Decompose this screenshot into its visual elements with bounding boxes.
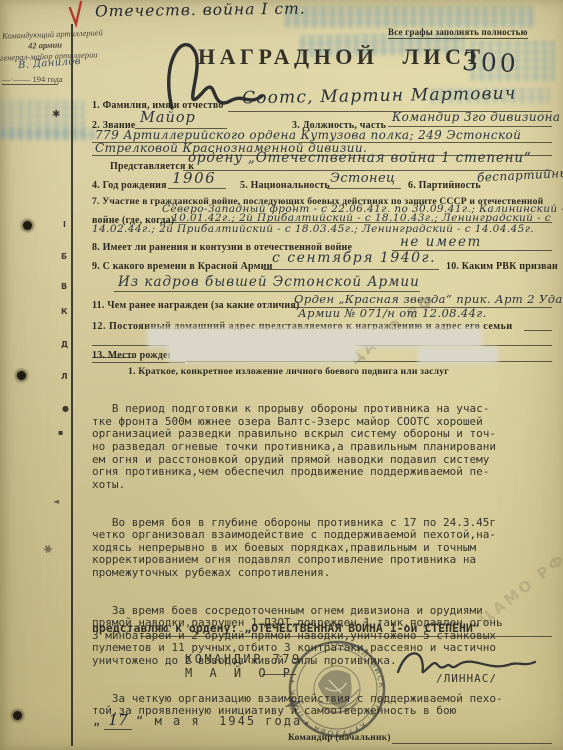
conclusion-line: представляю к ордену: „ОТЕЧЕСТВЕННАЯ ВОЙ… <box>92 621 480 635</box>
margin-mark: К <box>61 307 68 316</box>
field-label-army-since: 9. С какого времени в Красной Армии <box>92 261 273 272</box>
date-day-handwritten: 17 <box>104 711 132 730</box>
redaction-patch <box>170 344 355 360</box>
redaction-patch <box>420 349 496 361</box>
commander-ink-signature <box>392 644 542 684</box>
field-label-prior-awards: 11. Чем ранее награжден (за какие отличи… <box>92 300 299 311</box>
margin-mark: В <box>61 282 67 291</box>
left-margin-rule <box>71 24 73 746</box>
field-value-nationality: Эстонец <box>330 171 396 186</box>
punch-hole <box>23 221 32 230</box>
field-value-prior-awards-1: Орден „Красная звезда“ прик. Арт 2 Удар. <box>294 292 563 306</box>
field-value-wounds: не имеет <box>400 234 482 250</box>
corner-stamp-line: —·—— 194 года <box>2 74 63 84</box>
date-open-quote: „ <box>93 714 100 728</box>
feat-paragraph: В период подготовки к прорыву обороны пр… <box>92 403 503 491</box>
margin-mark: І <box>63 220 66 229</box>
bottom-commander-label: Командир (начальник) <box>288 733 391 743</box>
redaction-patch <box>150 330 480 345</box>
field-value-army-since: с сентября 1940г. <box>272 250 436 266</box>
field-value-name: Соотс, Мартин Мартович <box>242 84 517 109</box>
field-underline <box>168 188 226 189</box>
ink-blot: ✱ <box>52 109 60 120</box>
red-checkmark-icon <box>66 0 92 30</box>
feat-paragraph: Во время боя в глубине обороны противник… <box>92 517 503 580</box>
field-label-rvk: 10. Каким РВК призван <box>446 261 558 272</box>
field-value-presented: ордену „Отечественная война 1 степени“ <box>188 150 532 166</box>
ink-blot: ◄ <box>53 497 59 506</box>
faint-handwriting <box>0 128 95 141</box>
bottom-underline <box>392 743 552 744</box>
date-rest: “ м а я 1945 года. <box>136 714 311 728</box>
award-sheet-page: ЦАМО РФ ЦАМО РФ І Б В К Д Л ✱ ▪ ◄ ✱ ● От… <box>0 0 563 750</box>
feat-section-heading: 1. Краткое, конкретное изложение личного… <box>128 366 449 377</box>
field-value-position-2: 779 Артиллерийского ордена Кутузова полк… <box>95 128 521 142</box>
field-value-birth-year: 1906 <box>172 169 216 187</box>
form-title: НАГРАДНОЙ ЛИСТ <box>198 44 485 70</box>
field-label-nationality: 5. Национальность <box>240 180 330 191</box>
field-underline <box>388 126 552 127</box>
fill-all-fields-instruction: Все графы заполнять полностью <box>388 27 528 39</box>
field-value-position-1: Командир 3го дивизиона <box>392 110 561 124</box>
top-resolution-note: Отечеств. война I ст. <box>95 0 306 20</box>
field-underline <box>186 361 552 362</box>
ink-blot: ● <box>62 404 69 413</box>
corner-stamp-underline <box>2 84 58 85</box>
corner-stamp-line: 42 армии <box>28 39 62 50</box>
field-label-birth-year: 4. Год рождения <box>92 180 167 191</box>
margin-mark: Л <box>61 372 68 381</box>
ink-blot: ▪ <box>58 428 63 437</box>
field-value-rank: Майор <box>140 110 196 126</box>
punch-hole <box>17 371 26 380</box>
field-value-army-source: Из кадров бывшей Эстонской Армии <box>118 274 420 290</box>
punch-hole <box>13 711 22 720</box>
field-value-prior-awards-2: Армии № 071/н от 12.08.44г. <box>298 306 487 320</box>
faint-stamp <box>285 6 535 28</box>
margin-mark: Д <box>61 340 68 349</box>
field-value-party: беспартийный <box>477 165 563 184</box>
ink-blot: ✱ <box>41 542 55 558</box>
field-label-party: 6. Партийность <box>408 180 481 191</box>
form-number: 300 <box>462 47 520 78</box>
field-underline <box>327 188 401 189</box>
field-underline <box>524 330 552 331</box>
field-underline <box>263 269 439 270</box>
margin-mark: Б <box>61 252 67 261</box>
date-line: „ 17 “ м а я 1945 года. <box>93 711 311 730</box>
